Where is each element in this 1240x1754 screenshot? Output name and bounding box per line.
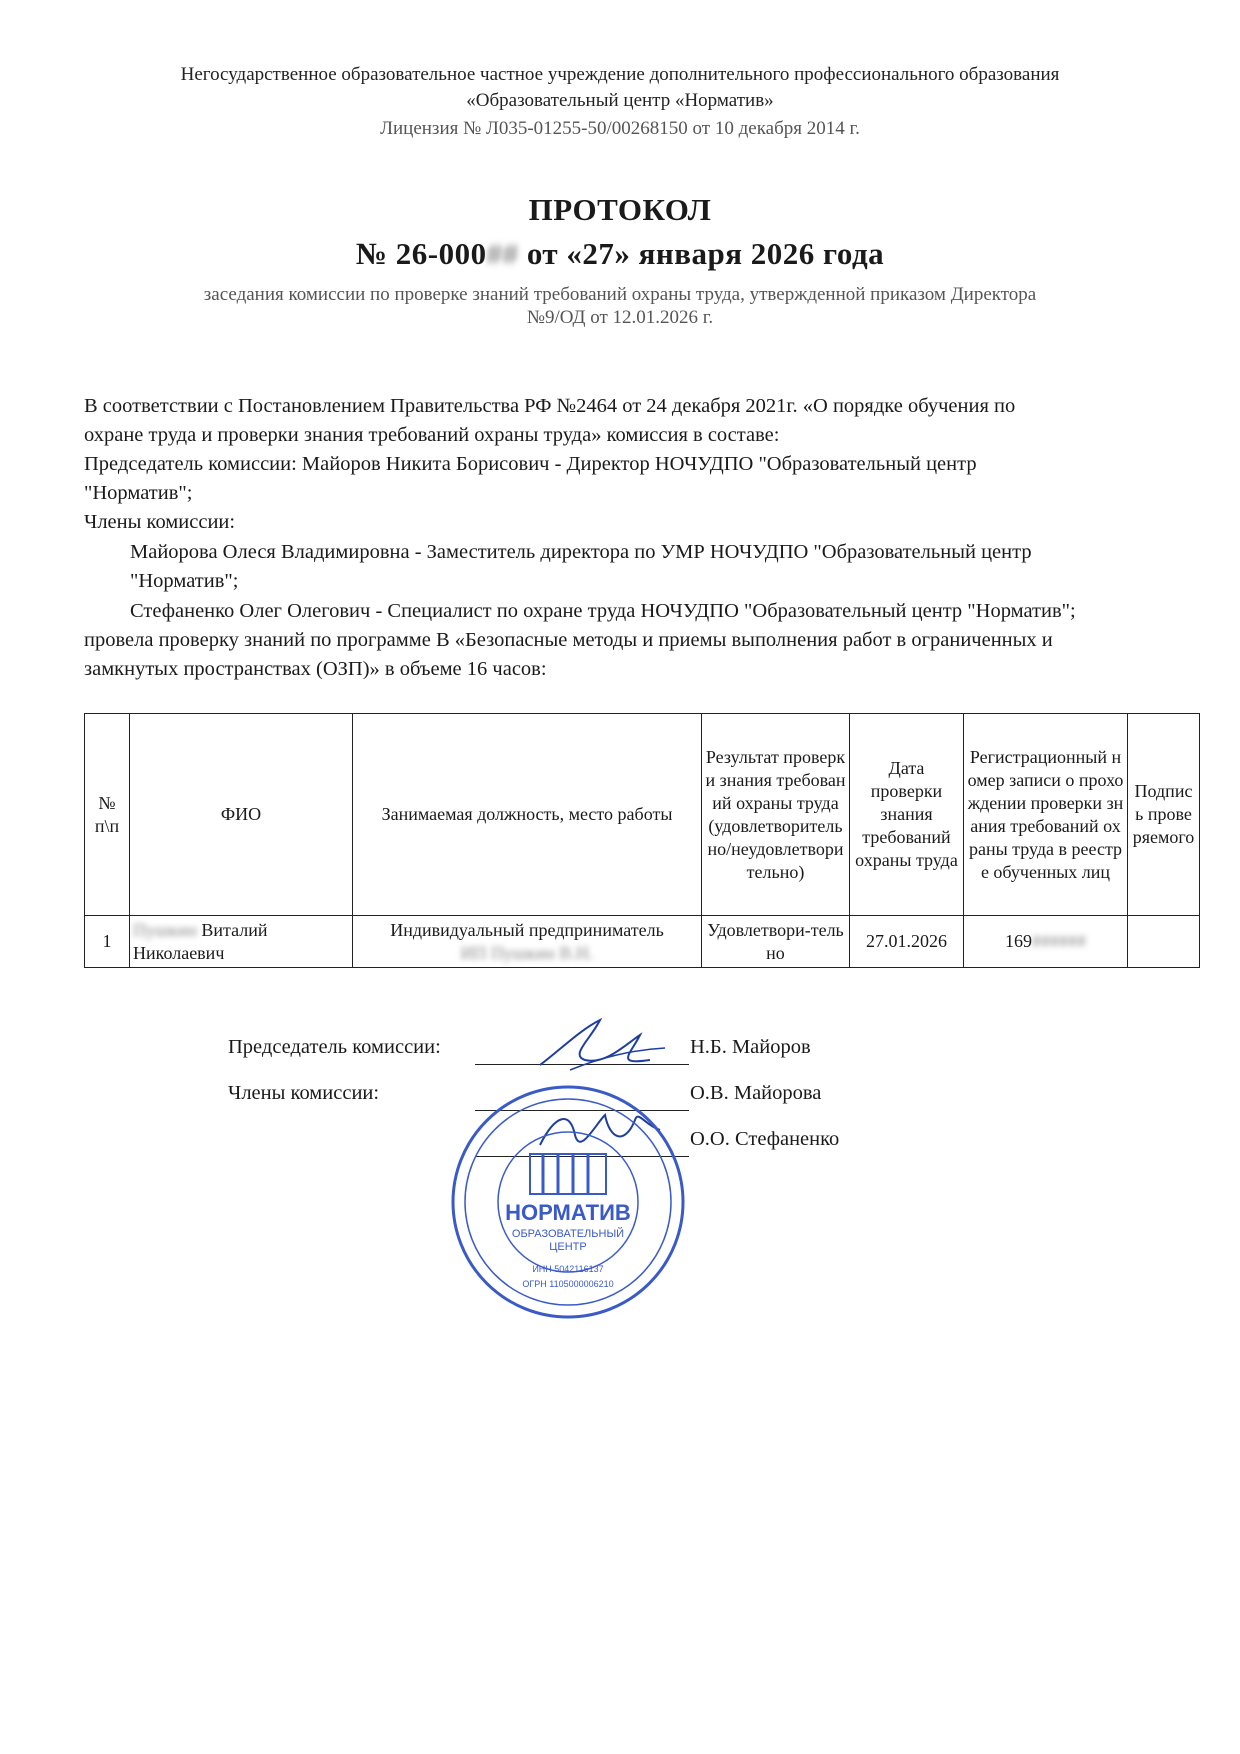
- reg-prefix: 169: [1005, 931, 1032, 951]
- header-num: № п\п: [85, 714, 130, 916]
- results-table: № п\п ФИО Занимаемая должность, место ра…: [84, 713, 1200, 968]
- member1-line2: "Норматив";: [130, 567, 1210, 596]
- protocol-subtitle-2: №9/ОД от 12.01.2026 г.: [0, 306, 1240, 330]
- chair-line1: Председатель комиссии: Майоров Никита Бо…: [84, 450, 1164, 479]
- row-date: 27.01.2026: [850, 916, 964, 968]
- chair-line2: "Норматив";: [84, 479, 1164, 508]
- license-line: Лицензия № Л035-01255-50/00268150 от 10 …: [0, 116, 1240, 142]
- reg-redacted: ######: [1032, 931, 1086, 951]
- protocol-number-suffix: от «27» января 2026 года: [519, 236, 885, 271]
- intro-line2: охране труда и проверки знания требовани…: [84, 421, 1164, 450]
- protocol-number-redacted: ##: [487, 236, 519, 271]
- sig-chair-name: Н.Б. Майоров: [690, 1036, 811, 1059]
- position-redacted: ИП Пушкин В.Н.: [461, 943, 594, 963]
- header-fio: ФИО: [130, 714, 353, 916]
- sig-members-label: Члены комиссии:: [228, 1082, 379, 1105]
- header-date: Дата проверки знания требований охраны т…: [850, 714, 964, 916]
- table-header-row: № п\п ФИО Занимаемая должность, место ра…: [85, 714, 1200, 916]
- member1-line1: Майорова Олеся Владимировна - Заместител…: [130, 538, 1210, 567]
- header-reg-number: Регистрационный номер записи о прохожден…: [964, 714, 1128, 916]
- member2-line: Стефаненко Олег Олегович - Специалист по…: [130, 597, 1220, 626]
- chair-signature-scribble: [530, 1010, 670, 1080]
- row-position: Индивидуальный предприниматель ИП Пушкин…: [353, 916, 702, 968]
- row-fio: Пушкин Виталий Николаевич: [130, 916, 353, 968]
- organization-stamp: НОРМАТИВ ОБРАЗОВАТЕЛЬНЫЙ ЦЕНТР ОГРН 1105…: [448, 1082, 688, 1322]
- stamp-ogrn: ОГРН 1105000006210: [522, 1279, 613, 1289]
- stamp-inn: ИНН 5042116137: [532, 1264, 603, 1274]
- members-label: Члены комиссии:: [84, 508, 1164, 537]
- sig-chair-label: Председатель комиссии:: [228, 1036, 441, 1059]
- protocol-subtitle-1: заседания комиссии по проверке знаний тр…: [0, 283, 1240, 307]
- program-line1: провела проверку знаний по программе В «…: [84, 626, 1164, 655]
- sig-member2-name: О.О. Стефаненко: [690, 1128, 839, 1151]
- position-text: Индивидуальный предприниматель: [390, 920, 664, 940]
- stamp-subtext-1: ОБРАЗОВАТЕЛЬНЫЙ: [512, 1227, 624, 1240]
- row-reg-number: 169######: [964, 916, 1128, 968]
- row-result: Удовлетвори-тельно: [702, 916, 850, 968]
- fio-first-name: Виталий: [197, 920, 268, 940]
- org-name-line1: Негосударственное образовательное частно…: [0, 62, 1240, 88]
- header-result: Результат проверки знания требований охр…: [702, 714, 850, 916]
- table-row: 1 Пушкин Виталий Николаевич Индивидуальн…: [85, 916, 1200, 968]
- sig-member1-name: О.В. Майорова: [690, 1082, 821, 1105]
- stamp-center-text: НОРМАТИВ: [505, 1200, 631, 1225]
- row-signature: [1128, 916, 1200, 968]
- header-signature: Подпись проверяемого: [1128, 714, 1200, 916]
- org-name-line2: «Образовательный центр «Норматив»: [0, 88, 1240, 114]
- protocol-heading: ПРОТОКОЛ: [0, 192, 1240, 228]
- intro-line1: В соответствии с Постановлением Правител…: [84, 392, 1164, 421]
- program-line2: замкнутых пространствах (ОЗП)» в объеме …: [84, 655, 1164, 684]
- fio-redacted: Пушкин: [133, 920, 197, 940]
- protocol-number: № 26-000## от «27» января 2026 года: [0, 236, 1240, 272]
- protocol-number-prefix: № 26-000: [356, 236, 487, 271]
- fio-patronymic: Николаевич: [133, 943, 224, 963]
- row-num: 1: [85, 916, 130, 968]
- header-position: Занимаемая должность, место работы: [353, 714, 702, 916]
- stamp-subtext-2: ЦЕНТР: [549, 1241, 586, 1253]
